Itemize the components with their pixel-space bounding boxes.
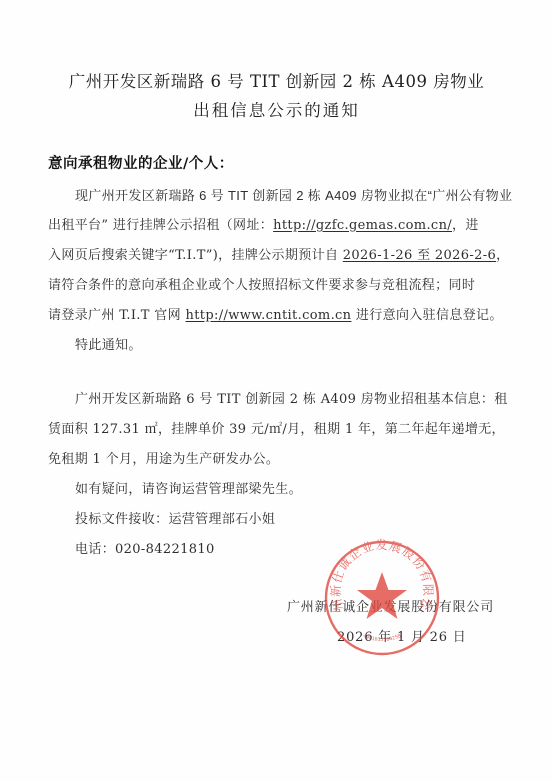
paragraph1-line2-text: 出租平台” 进行挂牌公示招租（网址： xyxy=(48,218,273,233)
paragraph1-line3: 入网页后搜索关键字“T.I.T”)，挂牌公示期预计自 2026-1-26 至 2… xyxy=(48,246,503,266)
cntit-website-link[interactable]: http://www.cntit.com.cn xyxy=(185,308,351,323)
paragraph1-line1: 现广州开发区新瑞路 6 号 TIT 创新园 2 栋 A409 房物业拟在“广州公… xyxy=(75,186,503,207)
gzfc-website-link[interactable]: http://gzfc.gemas.com.cn/ xyxy=(273,218,452,233)
title-line-1: 广州开发区新瑞路 6 号 TIT 创新园 2 栋 A409 房物业 xyxy=(0,68,553,92)
closing-notice: 特此通知。 xyxy=(75,336,503,356)
recipient-heading: 意向承租物业的企业/个人： xyxy=(48,152,234,173)
paragraph2-line2: 赁面积 127.31 ㎡，挂牌单价 39 元/㎡/月，租期 1 年，第二年起年递… xyxy=(48,420,503,440)
paragraph1-line2-suffix: ，进 xyxy=(452,218,479,233)
paragraph2-line3: 免租期 1 个月，用途为生产研发办公。 xyxy=(48,450,503,470)
paragraph1-line4: 请符合条件的意向承租企业或个人按照招标文件要求参与竞租流程；同时 xyxy=(48,276,503,296)
inquiry-contact: 如有疑问，请咨询运营管理部梁先生。 xyxy=(75,480,503,500)
paragraph1-line5: 请登录广州 T.I.T 官网 http://www.cntit.com.cn 进… xyxy=(48,306,503,326)
title-line-2: 出租信息公示的通知 xyxy=(0,97,553,121)
paragraph1-line3-suffix: ， xyxy=(496,248,509,263)
paragraph1-line5-text: 请登录广州 T.I.T 官网 xyxy=(48,308,185,323)
paragraph1-line3-text: 入网页后搜索关键字“T.I.T”)，挂牌公示期预计自 xyxy=(48,248,343,263)
paragraph1-line2: 出租平台” 进行挂牌公示招租（网址：http://gzfc.gemas.com.… xyxy=(48,216,503,236)
paragraph2-line1: 广州开发区新瑞路 6 号 TIT 创新园 2 栋 A409 房物业招租基本信息：… xyxy=(75,390,503,410)
signature-date: 2026 年 1 月 26 日 xyxy=(337,626,467,645)
signature-company: 广州新仕诚企业发展股份有限公司 xyxy=(287,596,494,615)
paragraph1-line1-text: 现广州开发区新瑞路 6 号 TIT 创新园 2 栋 A409 房物业拟在“广州公… xyxy=(75,188,512,203)
notice-page: 广州开发区新瑞路 6 号 TIT 创新园 2 栋 A409 房物业 出租信息公示… xyxy=(0,0,553,782)
phone-number: 电话：020-84221810 xyxy=(75,540,503,560)
paragraph1-line5-suffix: 进行意向入驻信息登记。 xyxy=(351,308,502,323)
bid-receiver: 投标文件接收：运营管理部石小姐 xyxy=(75,510,503,530)
listing-period-dates: 2026-1-26 至 2026-2-6 xyxy=(343,248,496,263)
